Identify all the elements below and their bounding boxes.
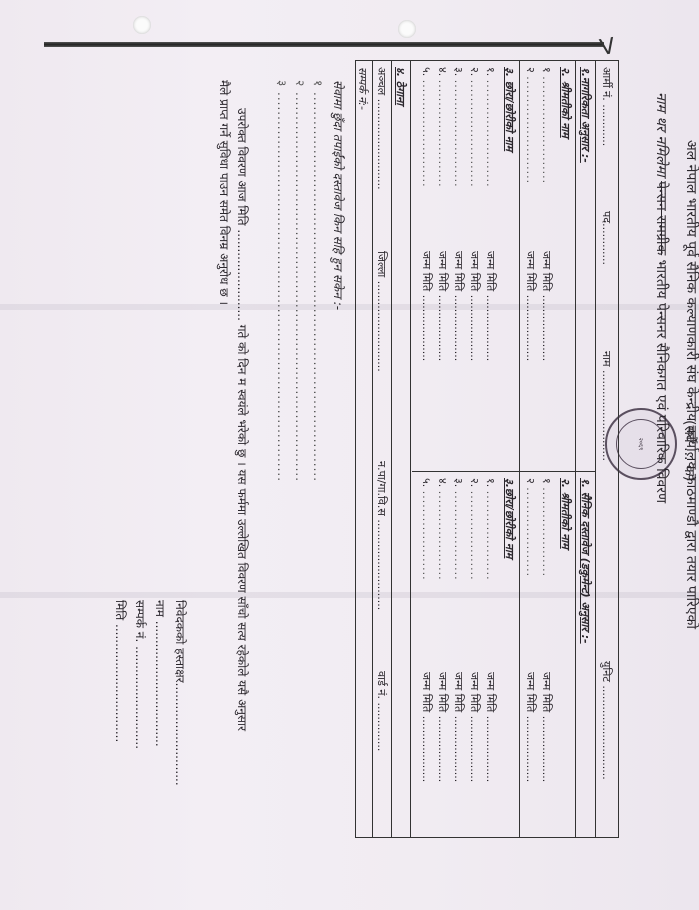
struck-text: पेन्सन रामग्रीक [653, 181, 669, 255]
subtitle-text: भारतीय पेन्सनर सैनिकगत एवं परिवारिक विवर… [653, 260, 669, 503]
child-row[interactable]: २. .................... [467, 478, 482, 581]
service-info-row: आर्मी नं. ............ पद............ ना… [598, 61, 614, 837]
name-field[interactable]: नाम .......................... [599, 351, 614, 461]
child-row[interactable]: ५. .................... [419, 478, 434, 581]
birth-date-field[interactable]: जन्म मिति ................... [419, 672, 434, 782]
reason-line-2[interactable]: २ ......................................… [292, 80, 309, 482]
details-form-table: आर्मी नं. ............ पद............ ना… [355, 60, 619, 838]
birth-date-field[interactable]: जन्म मिति ................... [435, 672, 450, 782]
reason-line-1[interactable]: १ ......................................… [310, 80, 327, 482]
header-title: अल नेपाल भारतीय पूर्व सैनिक कल्याणकारी स… [682, 140, 699, 629]
header-subtitle: नाम थर नमिलेमा पेन्सन रामग्रीक भारतीय पे… [652, 92, 671, 503]
applicant-contact-field[interactable]: सम्पर्क नं. ........................... [132, 600, 149, 749]
child-row[interactable]: ४. ........................ [435, 67, 450, 188]
army-number-field[interactable]: आर्मी नं. ............ [599, 67, 614, 146]
rank-field[interactable]: पद............ [599, 211, 614, 265]
military-document-column: १. सैनिक दस्तावेज (डकुमेन्ट) अनुसार :- २… [412, 471, 596, 837]
wife-row[interactable]: १ .................... [539, 478, 554, 577]
children-heading: ३. छोरा/छोरीको नाम [502, 67, 517, 151]
declaration-line-2: मैले प्राप्त गर्ने सुविधा पाउन समेत विनम… [216, 80, 233, 305]
applicant-signature-field[interactable]: निवेदकको हस्ताक्षर......................… [172, 600, 189, 786]
rotated-form-page: (सर्वे ... क) अल नेपाल भारतीय पूर्व सैनि… [0, 0, 699, 910]
birth-date-field[interactable]: जन्म मिति ................... [483, 251, 498, 361]
unit-field[interactable]: युनिट ........................... [599, 661, 614, 780]
birth-date-field[interactable]: जन्म मिति ................... [523, 251, 538, 361]
wife-row[interactable]: १ ........................ [539, 67, 554, 184]
child-row[interactable]: ३. ........................ [451, 67, 466, 188]
wife-row[interactable]: २ ........................ [523, 67, 538, 184]
applicant-name-field[interactable]: नाम ................................. [152, 600, 169, 747]
birth-date-field[interactable]: जन्म मिति ................... [539, 251, 554, 361]
birth-date-field[interactable]: जन्म मिति ................... [467, 251, 482, 361]
child-row[interactable]: ४. .................... [435, 478, 450, 581]
ward-field[interactable]: वार्ड नं. .............. [374, 671, 389, 751]
address-heading: ४. ठेगाना [393, 67, 408, 105]
birth-date-field[interactable]: जन्म मिति ................... [435, 251, 450, 361]
child-row[interactable]: १. .................... [483, 478, 498, 581]
child-row[interactable]: १. ........................ [483, 67, 498, 188]
citizenship-heading: १.नागरिकता अनुसार :- [578, 67, 593, 163]
reason-line-3[interactable]: ३ ......................................… [274, 80, 291, 482]
children-heading: ३.छोरा/छोरीको नाम [502, 478, 517, 558]
birth-date-field[interactable]: जन्म मिति ................... [467, 672, 482, 782]
birth-date-field[interactable]: जन्म मिति ................... [451, 672, 466, 782]
birth-date-field[interactable]: जन्म मिति ................... [451, 251, 466, 361]
stamp-year: २०६९ [638, 438, 645, 450]
contact-number-field[interactable]: सम्पर्क नं:- [355, 67, 370, 110]
service-doc-heading: सेवामा छुँदा तपाईंको दस्तावेज किन सहि हु… [330, 80, 347, 310]
wife-name-heading: २. श्रीमतीको नाम [558, 478, 573, 549]
wife-row[interactable]: २ .................... [523, 478, 538, 577]
birth-date-field[interactable]: जन्म मिति ................... [483, 672, 498, 782]
municipality-field[interactable]: न.पा/गा.वि.स .......................... [374, 461, 389, 610]
zone-field[interactable]: अञ्चल .......................... [374, 67, 389, 190]
child-row[interactable]: ३. .................... [451, 478, 466, 581]
district-field[interactable]: जिल्ला .......................... [374, 251, 389, 372]
declaration-line-1: उपरोक्त विवरण आज मिति ..................… [234, 108, 251, 731]
wife-name-heading: २. श्रीमतीको नाम [558, 67, 573, 138]
citizenship-column: १.नागरिकता अनुसार :- २. श्रीमतीको नाम १ … [412, 61, 596, 471]
child-row[interactable]: ५. ........................ [419, 67, 434, 188]
applicant-date-field[interactable]: मिति ............................... [112, 600, 129, 742]
birth-date-field[interactable]: जन्म मिति ................... [539, 672, 554, 782]
handwritten-note: नाम थर नमिलेमा [653, 92, 669, 177]
birth-date-field[interactable]: जन्म मिति ................... [523, 672, 538, 782]
birth-date-field[interactable]: जन्म मिति ................... [419, 251, 434, 361]
military-doc-heading: १. सैनिक दस्तावेज (डकुमेन्ट) अनुसार :- [578, 478, 593, 644]
child-row[interactable]: २. ........................ [467, 67, 482, 188]
